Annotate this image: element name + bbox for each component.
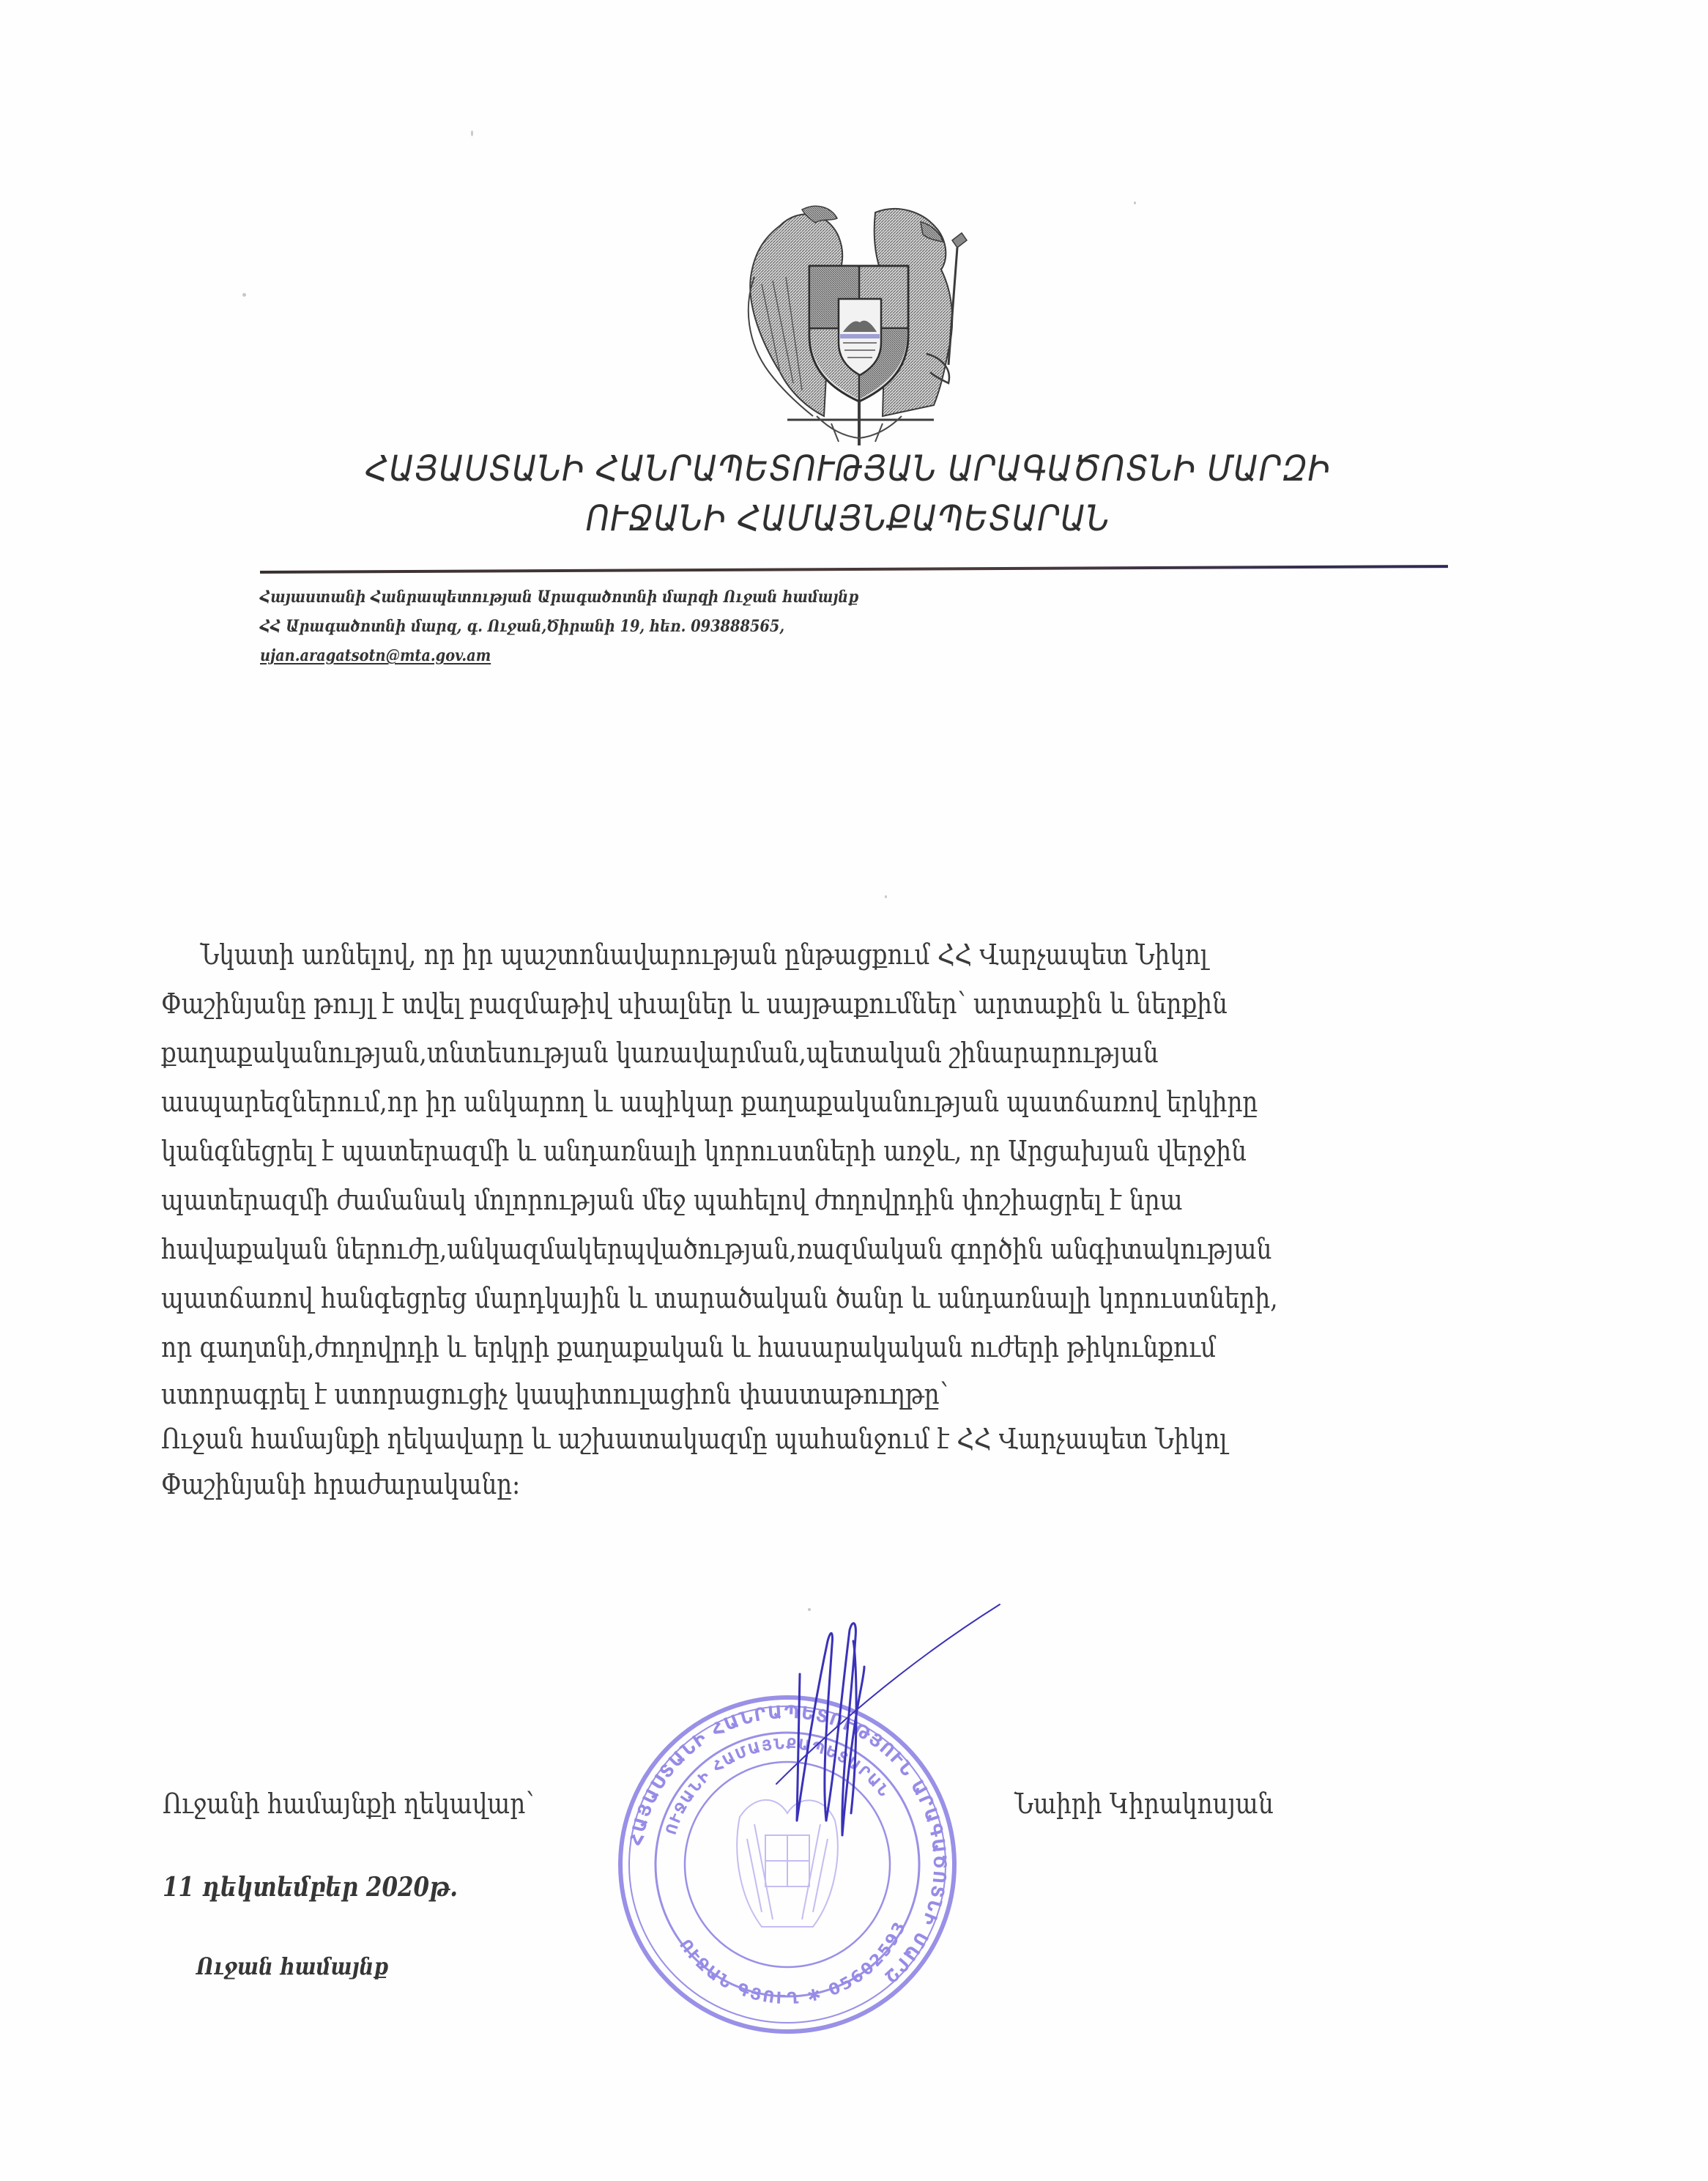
body-line: կանգնեցրել է պատերազմի և անդառնալի կորու… — [161, 1127, 1288, 1176]
signatory-name: Նաիրի Կիրակոսյան — [1014, 1788, 1274, 1820]
scan-speck — [885, 895, 887, 898]
contact-organization: Հայաստանի Հանրապետության Արագածոտնի մարզ… — [260, 582, 858, 612]
body-line: պատճառով հանգեցրեց մարդկային և տարածական… — [161, 1274, 1288, 1323]
scan-speck — [1134, 201, 1136, 204]
community-name: Ուջան համայնք — [196, 1952, 388, 1980]
scan-speck — [471, 130, 473, 136]
body-line: ասպարեզներում,որ իր անկարող և ապիկար քաղ… — [161, 1078, 1288, 1127]
stamp-bottom-text: ՈՒՋԱՆ ԳՅՈՒՂ ✱ 05602593 — [675, 1917, 910, 2008]
body-line: Նկատի առնելով, որ իր պաշտոնավարության ըն… — [161, 930, 1288, 980]
handwritten-signature-icon — [754, 1601, 1003, 1843]
header-divider — [260, 565, 1448, 574]
body-line: պատերազմի ժամանակ մոլորության մեջ պահելո… — [161, 1176, 1288, 1225]
body-line: ստորագրել է ստորացուցիչ կապիտուլացիոն փա… — [161, 1372, 1288, 1416]
armenia-coat-of-arms-icon — [729, 196, 985, 449]
letterhead-title-line2: ՈՒՋԱՆԻ ՀԱՄԱՅՆՔԱՊԵՏԱՐԱՆ — [62, 498, 1633, 539]
body-line: Փաշինյանի հրաժարականը: — [161, 1462, 1288, 1507]
document-page: ՀԱՅԱՍՏԱՆԻ ՀԱՆՐԱՊԵՏՈՒԹՅԱՆ ԱՐԱԳԱԾՈՏՆԻ ՄԱՐԶ… — [0, 0, 1708, 2181]
letter-body: Նկատի առնելով, որ իր պաշտոնավարության ըն… — [161, 930, 1472, 1507]
contact-block: Հայաստանի Հանրապետության Արագածոտնի մարզ… — [260, 582, 858, 670]
signatory-title: Ուջանի համայնքի ղեկավար՝ — [163, 1788, 534, 1820]
body-line: Ուջան համայնքի ղեկավարը և աշխատակազմը պա… — [161, 1416, 1288, 1462]
letterhead-title-line1: ՀԱՅԱՍՏԱՆԻ ՀԱՆՐԱՊԵՏՈՒԹՅԱՆ ԱՐԱԳԱԾՈՏՆԻ ՄԱՐԶ… — [62, 448, 1633, 489]
body-line: քաղաքականության,տնտեսության կառավարման,պ… — [161, 1029, 1288, 1078]
document-date: 11 դեկտեմբեր 2020թ. — [163, 1872, 458, 1903]
scan-speck — [242, 293, 246, 297]
body-line: Փաշինյանը թույլ է տվել բազմաթիվ սխալներ … — [161, 980, 1288, 1029]
svg-text:ՈՒՋԱՆ ԳՅՈՒՂ ✱ 05602593: ՈՒՋԱՆ ԳՅՈՒՂ ✱ 05602593 — [675, 1917, 910, 2008]
contact-address-phone: ՀՀ Արագածոտնի մարզ, գ. Ուջան,Ծիրանի 19, … — [260, 612, 858, 641]
contact-email-link[interactable]: ujan.aragatsotn@mta.gov.am — [260, 641, 858, 670]
body-line: հավաքական ներուժը,անկազմակերպվածության,ռ… — [161, 1225, 1288, 1274]
body-line: որ գաղտնի,ժողովրդի և երկրի քաղաքական և հ… — [161, 1323, 1288, 1372]
